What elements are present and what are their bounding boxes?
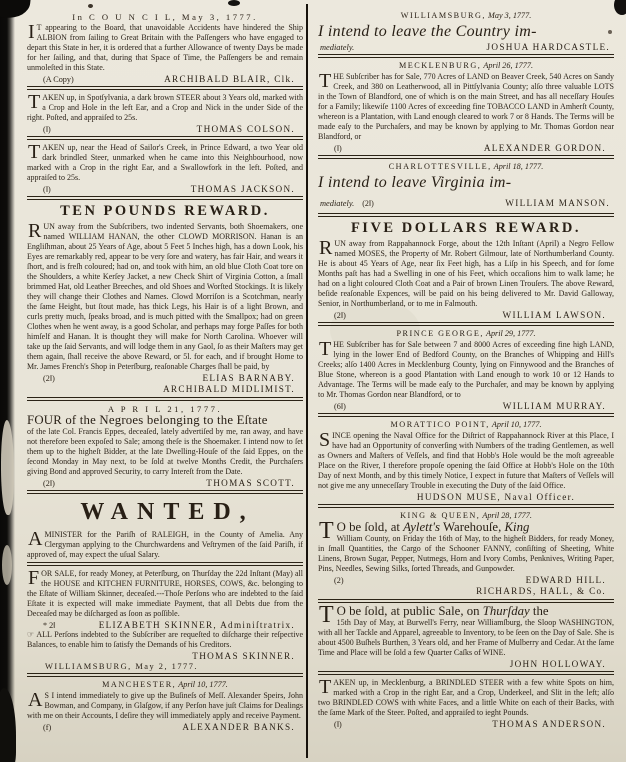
- reward-headline: TEN POUNDS REWARD.: [27, 203, 303, 220]
- signature: EDWARD HILL.: [476, 575, 606, 586]
- ad-naval-office-notice: MORATTICO POINT, April 10, 1777. SINCE o…: [318, 420, 614, 502]
- insertion-mark: * 2‖: [43, 621, 56, 630]
- section-rule: [318, 504, 614, 508]
- section-rule: [27, 86, 303, 90]
- ink-speck: [228, 0, 240, 6]
- council-body: IT appearing to the Board, that unavoida…: [27, 23, 303, 73]
- insertion-mark: (2‖): [43, 374, 55, 383]
- morattico-dateline: MORATTICO POINT, April 10, 1777.: [318, 420, 614, 430]
- signature: ALEXANDER BANKS.: [182, 722, 295, 732]
- ad-ten-pounds-reward: TEN POUNDS REWARD. RUN away from the Sub…: [27, 203, 303, 395]
- ad-skinner-estate-sale: FOR SALE, for ready Money, at Peterſburg…: [27, 569, 303, 671]
- drop-cap: T: [318, 340, 333, 357]
- drop-cap: R: [27, 222, 43, 239]
- ad-council-notice: In C O U N C I L, May 3, 1777. IT appear…: [27, 12, 303, 84]
- williamsburg-dateline: WILLIAMSBURG, May 3, 1777.: [318, 11, 614, 21]
- section-rule: [318, 54, 614, 58]
- ad-taken-up-spotsylvania: TAKEN up, in Spotſylvania, a dark brown …: [27, 93, 303, 134]
- insertion-mark: (‖): [43, 185, 51, 194]
- public-sale-display-line: O be ſold, at public Sale, on Thurſday t…: [337, 604, 549, 618]
- wanted-headline: WANTED,: [27, 498, 303, 527]
- ad-manson-leaving: CHARLOTTESVILLE, April 18, 1777. I inten…: [318, 162, 614, 211]
- drop-cap: T: [318, 678, 333, 695]
- reward-headline: FIVE DOLLARS REWARD.: [318, 220, 614, 237]
- manchester-dateline: MANCHESTER, April 10, 1777.: [27, 680, 303, 690]
- drop-cap: T: [27, 93, 42, 110]
- signature: JOSHUA HARDCASTLE.: [487, 42, 610, 52]
- ink-speck: [88, 4, 93, 8]
- section-rule: [27, 490, 303, 494]
- section-rule: [318, 213, 614, 217]
- section-rule: [318, 322, 614, 326]
- signature: ELIAS BARNABY.: [163, 373, 295, 384]
- insertion-mark: (‖): [334, 144, 342, 153]
- drop-cap: T: [27, 143, 42, 160]
- signature: ARCHIBALD MIDLIMIST.: [163, 384, 295, 395]
- council-dateline: In C O U N C I L, May 3, 1777.: [27, 12, 303, 22]
- ad-banks-glasgow-accounts: MANCHESTER, April 10, 1777. AS I intend …: [27, 680, 303, 732]
- insertion-mark: (6‖): [334, 402, 346, 411]
- column-divider-rule: [306, 4, 308, 758]
- leaving-country-display: I intend to leave the Country im-: [318, 22, 614, 41]
- drop-cap: T: [318, 606, 337, 625]
- section-rule: [318, 155, 614, 159]
- signature: THOMAS ANDERSON.: [492, 719, 606, 729]
- signature: ALEXANDER GORDON.: [484, 143, 606, 153]
- prince-george-dateline: PRINCE GEORGE, April 29, 1777.: [318, 329, 614, 339]
- ad-murray-land-sale: PRINCE GEORGE, April 29, 1777. THE Subſc…: [318, 329, 614, 411]
- ad-sloop-washington-sale: TO be ſold, at public Sale, on Thurſday …: [318, 606, 614, 669]
- section-rule: [318, 671, 614, 675]
- right-column: WILLIAMSBURG, May 3, 1777. I intend to l…: [318, 10, 614, 758]
- skinner-debts-notice: ☞ ALL Perſons indebted to the Subſcriber…: [27, 630, 303, 650]
- drop-cap: S: [318, 431, 332, 448]
- section-rule: [27, 673, 303, 677]
- insertion-mark: (2‖): [43, 479, 55, 488]
- copy-mark: (A Copy): [43, 75, 74, 84]
- drop-cap: A: [27, 691, 44, 708]
- section-rule: [27, 562, 303, 566]
- aylett-display-line: O be ſold, at Aylett's Warehouſe, King: [337, 520, 530, 534]
- insertion-mark: (‖): [43, 125, 51, 134]
- mecklenburg-dateline: MECKLENBURG, April 26, 1777.: [318, 61, 614, 71]
- ad-hardcastle-leaving: WILLIAMSBURG, May 3, 1777. I intend to l…: [318, 11, 614, 52]
- ad-gordon-land-sale: MECKLENBURG, April 26, 1777. THE Subſcri…: [318, 61, 614, 153]
- signature: JOHN HOLLOWAY.: [510, 659, 606, 669]
- ad-taken-up-mecklenburg-steer: TAKEN up, in Mecklenburg, a BRINDLED STE…: [318, 678, 614, 729]
- drop-cap: T: [318, 522, 337, 541]
- left-column: In C O U N C I L, May 3, 1777. IT appear…: [27, 10, 303, 758]
- ad-schooner-fanny-cargo-sale: KING & QUEEN, April 28, 1777. TO be ſold…: [318, 511, 614, 597]
- section-rule: [318, 413, 614, 417]
- signature: HUDSON MUSE, Naval Officer.: [417, 492, 575, 502]
- section-rule: [27, 136, 303, 140]
- council-signature-row: (A Copy) ARCHIBALD BLAIR, Clk.: [27, 74, 303, 84]
- scan-gutter-shadow: [0, 0, 15, 762]
- signature: WILLIAM LAWSON.: [503, 310, 606, 320]
- signature: THOMAS JACKSON.: [191, 184, 295, 194]
- skinner-place-date: WILLIAMSBURG, May 2, 1777.: [27, 662, 303, 671]
- signature: WILLIAM MURRAY.: [503, 401, 606, 411]
- signature: THOMAS COLSON.: [197, 124, 295, 134]
- insertion-mark: (f): [43, 723, 51, 732]
- ad-five-dollars-reward: FIVE DOLLARS REWARD. RUN away from Rappa…: [318, 220, 614, 320]
- ad-taken-up-sailors-creek: TAKEN up, near the Head of Sailor's Cree…: [27, 143, 303, 194]
- newspaper-page: In C O U N C I L, May 3, 1777. IT appear…: [0, 0, 626, 762]
- drop-cap: R: [318, 239, 334, 256]
- insertion-mark: (2): [334, 576, 344, 585]
- scan-light-patch: [2, 545, 12, 585]
- ad-eppes-estate-sale: A P R I L 21, 1777. FOUR of the Negroes …: [27, 404, 303, 488]
- insertion-mark: (2‖): [362, 199, 374, 208]
- signature: ARCHIBALD BLAIR, Clk.: [164, 74, 295, 84]
- signature: THOMAS SKINNER.: [192, 651, 295, 661]
- drop-cap: A: [27, 530, 44, 547]
- drop-cap: T: [318, 72, 333, 89]
- section-rule: [27, 397, 303, 401]
- section-rule: [318, 599, 614, 603]
- leaving-virginia-display: I intend to leave Virginia im-: [318, 173, 614, 192]
- insertion-mark: (2‖): [334, 311, 346, 320]
- charlottesville-dateline: CHARLOTTESVILLE, April 18, 1777.: [318, 162, 614, 172]
- ad-wanted-minister: WANTED, AMINISTER for the Pariſh of RALE…: [27, 498, 303, 560]
- signature: WILLIAM MANSON.: [505, 198, 610, 208]
- scan-corner-blot: [614, 0, 626, 15]
- drop-cap: I: [27, 23, 37, 40]
- section-rule: [27, 196, 303, 200]
- insertion-mark: (‖): [334, 720, 342, 729]
- signature: ELIZABETH SKINNER, Adminiſtratrix.: [99, 620, 295, 630]
- drop-cap: F: [27, 569, 41, 586]
- signature: THOMAS SCOTT.: [206, 478, 295, 488]
- signature: RICHARDS, HALL, & Co.: [476, 586, 606, 597]
- eppes-display-line: FOUR of the Negroes belonging to the Eſt…: [27, 413, 268, 427]
